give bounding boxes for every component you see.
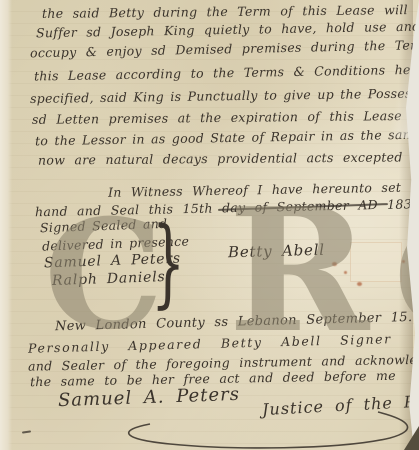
scanned-manuscript: the said Betty during the Term of this L… [0, 0, 419, 450]
watermark-letter-r: R [228, 186, 369, 356]
signature-flourish [110, 408, 419, 450]
manuscript-line: now are natural decays providential acts… [38, 150, 403, 167]
watermark-letter-c: C [44, 200, 163, 350]
paper-left-edge [0, 0, 12, 450]
